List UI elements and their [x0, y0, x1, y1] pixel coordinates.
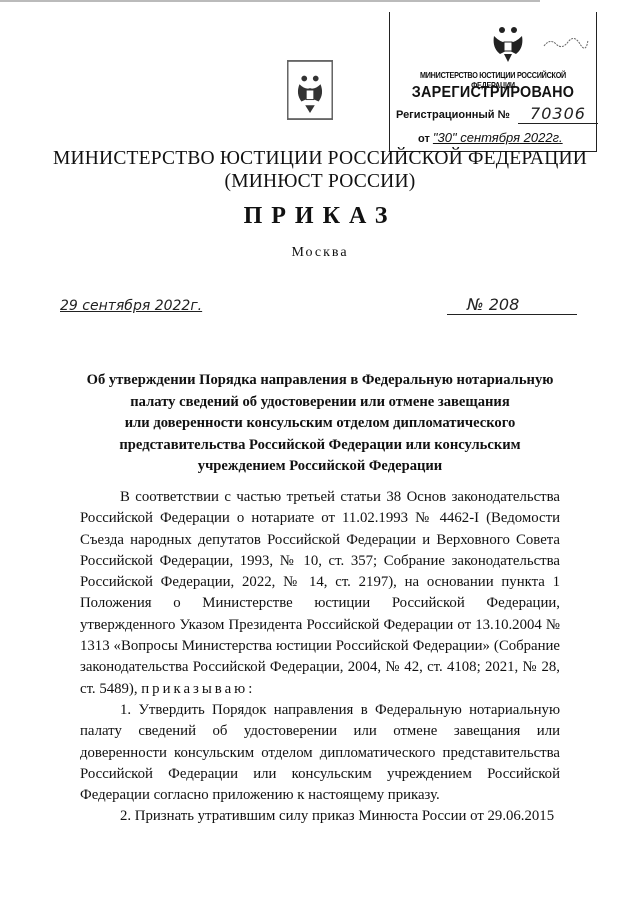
- order-date: 29 сентября 2022г.: [60, 298, 260, 314]
- subject-line: или доверенности консульским отделом дип…: [70, 413, 570, 435]
- subject-line: палату сведений об удостоверении или отм…: [70, 392, 570, 414]
- city: Москва: [0, 245, 640, 261]
- subject-line: учреждением Российской Федерации: [70, 456, 570, 478]
- ministry-short-name: (МИНЮСТ РОССИИ): [0, 170, 640, 193]
- order-item-1: 1. Утвердить Порядок направления в Федер…: [80, 700, 560, 806]
- signature-scribble-icon: [542, 36, 590, 50]
- stamp-coat-of-arms-icon: [490, 22, 526, 64]
- document-type: ПРИКАЗ: [0, 203, 640, 230]
- stamp-reg-number: 70306: [518, 104, 598, 124]
- order-number: № 208: [447, 295, 577, 315]
- ministry-title: МИНИСТЕРСТВО ЮСТИЦИИ РОССИЙСКОЙ ФЕДЕРАЦИ…: [0, 147, 640, 193]
- document-body: В соответствии с частью третьей статьи 3…: [80, 487, 560, 828]
- page-edge-line: [0, 0, 540, 2]
- subject-line: Об утверждении Порядка направления в Фед…: [70, 370, 570, 392]
- stamp-date: от "30" сентября 2022г.: [418, 130, 563, 145]
- order-item-2: 2. Признать утратившим силу приказ Минюс…: [80, 806, 560, 827]
- ministry-name: МИНИСТЕРСТВО ЮСТИЦИИ РОССИЙСКОЙ ФЕДЕРАЦИ…: [0, 147, 640, 170]
- preamble-text: В соответствии с частью третьей статьи 3…: [80, 489, 560, 697]
- stamp-reg-label: Регистрационный №: [396, 109, 510, 121]
- order-date-value: 29 сентября 2022г.: [60, 298, 202, 314]
- coat-of-arms-icon: [287, 60, 333, 120]
- stamp-date-value: "30" сентября 2022г.: [433, 130, 563, 145]
- stamp-status: ЗАРЕГИСТРИРОВАНО: [400, 84, 585, 102]
- order-word: приказываю:: [141, 681, 255, 697]
- document-subject: Об утверждении Порядка направления в Фед…: [70, 370, 570, 478]
- preamble-paragraph: В соответствии с частью третьей статьи 3…: [80, 487, 560, 700]
- registration-stamp: МИНИСТЕРСТВО ЮСТИЦИИ РОССИЙСКОЙ ФЕДЕРАЦИ…: [389, 12, 597, 152]
- subject-line: представительства Российской Федерации и…: [70, 435, 570, 457]
- stamp-date-prefix: от: [418, 133, 430, 145]
